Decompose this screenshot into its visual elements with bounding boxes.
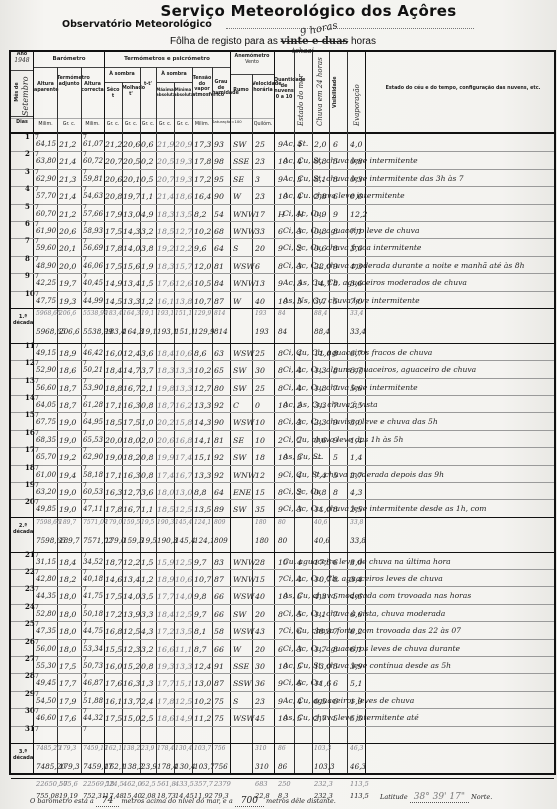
- decade-vel: 180: [255, 536, 269, 545]
- cell-alt-ap: 61,00: [36, 471, 56, 479]
- latitude-value: 38° 39' 17": [410, 792, 469, 803]
- cell-rumo: WNW: [233, 558, 256, 567]
- header-quantidade-nuvens: Quantidade de nuvens 0 a 10: [274, 78, 294, 100]
- cell-alt-ap: 64,05: [36, 401, 56, 409]
- cell-grau: 87: [214, 575, 224, 584]
- decade-max: 190,3: [157, 519, 174, 526]
- cell-estado-ceu: Ci, Ac, Cu, aguaceiros leves de chuva du…: [283, 644, 553, 653]
- header-visibilidade: Visibilidade: [333, 77, 339, 109]
- header-minima: Mínima absoluta: [174, 88, 192, 97]
- cell-dif: 1,3: [141, 679, 153, 688]
- cell-term: 18,7: [59, 401, 76, 410]
- cell-dif: 1,1: [141, 192, 153, 201]
- cell-seco: 16,0: [105, 349, 122, 358]
- cell-max: 19,9: [157, 453, 174, 462]
- cell-molh: 14,0: [123, 244, 140, 253]
- cell-rumo: WNW: [233, 227, 256, 236]
- decade-grau: 756: [214, 762, 228, 771]
- cell-molh: 15,0: [123, 714, 140, 723]
- table-header: Ano 1948 Mês de Setembro Dias Barómetro …: [11, 52, 554, 134]
- cell-molh: 14,3: [123, 227, 140, 236]
- cell-term: 18,0: [59, 592, 76, 601]
- decade-dif: 23,9: [141, 762, 157, 771]
- cell-estado-ceu: As, Cu, chuva leve intermitente até: [283, 713, 553, 722]
- cell-alt-cor: 58,18: [83, 471, 103, 479]
- cell-molh: 19,7: [123, 192, 140, 201]
- cell-max: 18,5: [157, 227, 174, 236]
- cell-alt-ap: 64,15: [36, 140, 56, 148]
- cell-rumo: WSW: [233, 714, 254, 723]
- unit-grc-2: Gr. c.: [104, 122, 122, 128]
- cell-tensao: 12,0: [194, 262, 211, 271]
- table-row: 217731,1518,434,5218,712,21,515,912,59,7…: [11, 552, 554, 569]
- cell-seco: 20,8: [105, 192, 122, 201]
- cell-vel: 20: [255, 610, 265, 619]
- cell-alt-cor: 64,95: [83, 418, 103, 426]
- cell-tensao: 13,0: [194, 679, 211, 688]
- cell-vel: 18: [255, 453, 265, 462]
- table-row: 167768,3519,065,5320,018,02,020,616,814,…: [11, 430, 554, 447]
- table-row: 67761,9020,658,9317,514,33,218,512,710,2…: [11, 221, 554, 238]
- day-number: 7: [25, 236, 30, 245]
- barometer-mid: metros acima do nível do mar, e a: [121, 797, 232, 805]
- cell-alt-cor: 59,81: [83, 175, 103, 183]
- decade-chuva: 88,4: [314, 327, 330, 336]
- cell-molh: 16,3: [123, 401, 140, 410]
- cell-max: 18,0: [157, 488, 174, 497]
- cell-seco: 16,3: [105, 488, 122, 497]
- cell-min: 17,4: [175, 453, 192, 462]
- cell-max: 18,7: [157, 401, 174, 410]
- cell-dif: 1,5: [141, 558, 153, 567]
- cell-molh: 12,3: [123, 645, 140, 654]
- cell-alt-ap: 65,70: [36, 453, 56, 461]
- ano-value: 1948: [11, 58, 33, 65]
- header-anemometro: AnemómetroVento: [230, 54, 274, 65]
- cell-alt-cor: 46,87: [83, 679, 103, 687]
- unit-quilom: Quilóm.: [252, 122, 274, 128]
- cell-term: 18,0: [59, 627, 76, 636]
- cell-seco: 17,6: [105, 679, 122, 688]
- cell-min: 14,9: [175, 714, 192, 723]
- unit-grc-4: Gr. c.: [140, 122, 156, 128]
- cell-rumo: SSE: [233, 662, 249, 671]
- cell-tensao: 17,8: [194, 157, 211, 166]
- cell-tensao: 8,6: [194, 349, 206, 358]
- cell-grau: 68: [214, 227, 224, 236]
- decade-evap: 33,8: [350, 519, 363, 526]
- cell-alt-ap: 48,90: [36, 262, 56, 270]
- cell-tensao: 13,5: [194, 505, 211, 514]
- decade-chuva: 40,6: [314, 536, 330, 545]
- cell-grau: 80: [214, 384, 224, 393]
- cell-dif: 2,5: [141, 714, 153, 723]
- cell-rumo: C: [233, 401, 239, 410]
- decade-nuv: 84: [278, 327, 287, 336]
- cell-estado-ceu: As, Ns, Cu, chuva leve intermitente: [283, 296, 553, 305]
- unit-saturacao: Saturação=100: [212, 120, 230, 124]
- cell-dif: 0,8: [141, 453, 153, 462]
- decade-evap: 46,3: [350, 762, 366, 771]
- cell-grau: 83: [214, 558, 224, 567]
- cell-dif: 1,1: [141, 505, 153, 514]
- cell-estado-ceu: Ci, Ac, Cu, Cb, aguaceiros leves de chuv…: [283, 574, 553, 583]
- decade-tensao: 129,9: [194, 310, 211, 317]
- cell-max: 21,9: [157, 140, 174, 149]
- cell-dif: 0,8: [141, 662, 153, 671]
- cell-seco: 19,0: [105, 453, 122, 462]
- table-row: 237744,3518,041,7517,514,03,517,714,09,8…: [11, 586, 554, 603]
- day-number: 15: [25, 410, 35, 419]
- decade-grau: 809: [214, 519, 225, 526]
- cell-term: 19,4: [59, 471, 76, 480]
- cell-tensao: 17,3: [194, 140, 211, 149]
- day-number: 25: [25, 619, 35, 628]
- cell-molh: 13,4: [123, 279, 140, 288]
- cell-alt-cor: 62,90: [83, 453, 103, 461]
- cell-molh: 14,7: [123, 366, 140, 375]
- cell-alt-cor: 51,88: [83, 697, 103, 705]
- decade-molh: 164,3: [123, 310, 140, 317]
- decade-vel: 310: [255, 762, 269, 771]
- table-row: 277755,3017,550,7316,015,20,819,313,312,…: [11, 656, 554, 673]
- cell-alt-cor: 60,53: [83, 488, 103, 496]
- cell-min: 12,5: [175, 558, 192, 567]
- unit-grc-5: Gr. c.: [156, 122, 174, 128]
- cell-estado-ceu: Ci, Cu, Cb, aguaceiros fracos de chuva: [283, 348, 553, 357]
- cell-alt-ap: 44,35: [36, 592, 56, 600]
- decade-nuv: 80: [278, 536, 287, 545]
- table-row: 107747,7519,344,9914,513,31,216,113,810,…: [11, 291, 554, 308]
- cell-min: 16,2: [175, 401, 192, 410]
- cell-max: 20,5: [157, 157, 174, 166]
- cell-seco: 16,1: [105, 697, 122, 706]
- cell-rumo: SSE: [233, 157, 249, 166]
- table-row: 267756,0018,053,3415,512,33,216,611,18,7…: [11, 639, 554, 656]
- cell-min: 12,6: [175, 279, 192, 288]
- cell-estado-ceu: Ci, Cu, chuva leve das 1h às 5h: [283, 435, 553, 444]
- cell-estado-ceu: Ci, Ac, Cu: [283, 678, 553, 687]
- cell-term: 19,0: [59, 488, 76, 497]
- day-number: 21: [25, 550, 35, 559]
- cell-min: 18,6: [175, 192, 192, 201]
- cell-molh: 14,0: [123, 592, 140, 601]
- cell-term: 18,0: [59, 610, 76, 619]
- cell-seco: 21,2: [105, 140, 122, 149]
- decade-nuv: 80: [278, 519, 286, 526]
- cell-min: 14,0: [175, 592, 192, 601]
- decade-dif: 19,1: [141, 327, 157, 336]
- cell-seco: 14,9: [105, 279, 122, 288]
- total-tensao: 357,7: [194, 780, 213, 788]
- cell-grau: 87: [214, 679, 224, 688]
- total-max: 561,8: [157, 780, 176, 788]
- decade-dif: 19,5: [141, 536, 157, 545]
- cell-grau: 65: [214, 366, 224, 375]
- cell-molh: 20,5: [123, 157, 140, 166]
- cell-vel: 23: [255, 192, 265, 201]
- cell-molh: 13,3: [123, 297, 140, 306]
- day-number: 16: [25, 428, 35, 437]
- day-number: 6: [25, 219, 30, 228]
- decade-label: 3.ª década: [13, 749, 33, 761]
- cell-seco: 17,5: [105, 227, 122, 236]
- total-molh: 462,0: [123, 780, 142, 788]
- cell-alt-cor: 53,90: [83, 384, 103, 392]
- cell-rumo: W: [233, 192, 241, 201]
- cell-max: 19,8: [157, 384, 174, 393]
- decade-seco: 183,4: [105, 310, 122, 317]
- cell-dif: 4,3: [141, 627, 153, 636]
- cell-vel: 23: [255, 157, 265, 166]
- cell-grau: 63: [214, 349, 224, 358]
- header-t-diff: t-t': [140, 82, 156, 88]
- table-row: 157767,7519,064,9518,517,51,020,215,814,…: [11, 412, 554, 429]
- latitude-label: Latitude: [380, 793, 408, 801]
- decade-grau: 814: [214, 327, 228, 336]
- header-termometros: Termómetros e psicrómetro: [104, 56, 230, 62]
- cell-max: 16,1: [157, 297, 174, 306]
- cell-estado-ceu: Ac, Cu, St. chuva leve intermitente: [283, 156, 553, 165]
- decade-evap: 33,4: [350, 327, 366, 336]
- cell-term: 19,0: [59, 505, 76, 514]
- cell-min: 11,1: [175, 645, 192, 654]
- day-number: 19: [25, 480, 35, 489]
- cell-seco: 17,5: [105, 262, 122, 271]
- cell-dif: 1,9: [141, 262, 153, 271]
- table-row: 3177: [11, 726, 554, 743]
- cell-tensao: 10,7: [194, 297, 211, 306]
- table-row: 147764,0518,761,2817,116,30,818,716,213,…: [11, 395, 554, 412]
- cell-alt-ap: 57,70: [36, 192, 56, 200]
- cell-vel: 0: [255, 401, 260, 410]
- cell-min: 12,5: [175, 610, 192, 619]
- cell-seco: 17,8: [105, 505, 122, 514]
- table-row: 307746,6017,644,3217,515,02,518,614,911,…: [11, 708, 554, 725]
- decade-molh: 159,5: [123, 519, 140, 526]
- day-number: 4: [25, 184, 30, 193]
- cell-estado-ceu: Ac, Cu, St, chuva leve contínua desde as…: [283, 661, 553, 670]
- unit-grc-1: Gr. c.: [57, 122, 81, 128]
- decade-grau: 756: [214, 745, 225, 752]
- mes-value: Setembro: [21, 76, 30, 116]
- cell-rumo: WNW: [233, 575, 256, 584]
- cell-grau: 54: [214, 210, 224, 219]
- title-text: Serviço Meteorológico dos Açôres: [160, 2, 456, 20]
- cell-max: 18,4: [157, 610, 174, 619]
- cell-dif: 1,2: [141, 575, 153, 584]
- cell-grau: 81: [214, 436, 224, 445]
- cell-term: 21,3: [59, 175, 76, 184]
- cell-alt-cor: 46,42: [83, 349, 103, 357]
- table-row: 57760,7021,257,6617,913,04,918,313,58,25…: [11, 204, 554, 221]
- cell-grau: 92: [214, 471, 224, 480]
- cell-min: 12,7: [175, 227, 192, 236]
- cell-grau: 87: [214, 297, 224, 306]
- cell-tensao: 10,7: [194, 575, 211, 584]
- day-number: 17: [25, 445, 35, 454]
- cell-tensao: 12,7: [194, 384, 211, 393]
- cell-molh: 15,2: [123, 662, 140, 671]
- cell-vel: 10: [255, 436, 265, 445]
- cell-vel: 25: [255, 140, 265, 149]
- sheet-label-line: Fôlha de registo para as vinte e duas ho…: [170, 36, 376, 47]
- cell-estado-ceu: Ci, Ac, Cu, aguaceiro leve de chuva: [283, 226, 553, 235]
- cell-rumo: WNW: [233, 471, 256, 480]
- cell-max: 18,3: [157, 262, 174, 271]
- total-dif: 62,5: [141, 780, 156, 788]
- sheet-hour-printed: vinte e duas: [281, 36, 349, 47]
- cell-min: 13,0: [175, 488, 192, 497]
- cell-dif: 0,5: [141, 175, 153, 184]
- cell-alt-ap: 49,15: [36, 349, 56, 357]
- header-molhado: Molhadot': [122, 86, 140, 97]
- day-number: 5: [25, 202, 30, 211]
- cell-rumo: SW: [233, 384, 246, 393]
- cell-vel: 45: [255, 714, 265, 723]
- cell-tensao: 12,4: [194, 662, 211, 671]
- cell-alt-ap: 63,80: [36, 157, 56, 165]
- cell-molh: 18,0: [123, 436, 140, 445]
- cell-vel: 20: [255, 645, 265, 654]
- total-grau: 2379: [214, 780, 231, 788]
- cell-vel: 35: [255, 505, 265, 514]
- cell-seco: 17,1: [105, 401, 122, 410]
- cell-vel: 12: [255, 471, 265, 480]
- cell-molh: 13,9: [123, 610, 140, 619]
- cell-rumo: WSW: [233, 592, 254, 601]
- header-dias: Dias: [11, 120, 33, 126]
- cell-dif: 0,8: [141, 401, 153, 410]
- cell-vel: 10: [255, 418, 265, 427]
- cell-tensao: 13,3: [194, 401, 211, 410]
- cell-rumo: WSW: [233, 349, 254, 358]
- cell-min: 12,2: [175, 244, 192, 253]
- cell-grau: 75: [214, 714, 224, 723]
- cell-grau: 64: [214, 488, 224, 497]
- cell-alt-cor: 44,99: [83, 297, 103, 305]
- cell-molh: 12,2: [123, 558, 140, 567]
- decade-term: 189,7: [59, 536, 80, 545]
- cell-estado-ceu: Cu, aguaceiro leve de chuva na última ho…: [283, 557, 553, 566]
- table-row: 137756,6018,753,9018,816,72,119,813,312,…: [11, 378, 554, 395]
- cell-rumo: S: [233, 244, 238, 253]
- cell-alt-cor: 40,18: [83, 575, 103, 583]
- cell-alt-cor: 44,32: [83, 714, 103, 722]
- cell-rumo: SW: [233, 505, 246, 514]
- mes-label: Mês de: [15, 82, 20, 101]
- cell-term: 19,0: [59, 418, 76, 427]
- cell-dif: 2,0: [141, 436, 153, 445]
- cell-alt-cor: 53,34: [83, 645, 103, 653]
- cell-min: 15,7: [175, 262, 192, 271]
- cell-estado-ceu: Ci, Ac, Cu, chuva leve intermitente: [283, 383, 553, 392]
- cell-alt-cor: 47,11: [83, 505, 103, 513]
- day-number: 20: [25, 497, 35, 506]
- cell-grau: 92: [214, 401, 224, 410]
- day-number: 3: [25, 167, 30, 176]
- day-number: 11: [25, 341, 35, 350]
- footer-latitude: Latitude 38° 39' 17" Norte.: [380, 792, 492, 802]
- cell-tensao: 10,2: [194, 366, 211, 375]
- day-number: 22: [25, 567, 35, 576]
- cell-alt-cor: 61,28: [83, 401, 103, 409]
- cell-alt-cor: 57,66: [83, 210, 103, 218]
- cell-dif: 3,8: [141, 244, 153, 253]
- table-row: 227742,8018,240,1814,613,41,218,910,610,…: [11, 569, 554, 586]
- cell-molh: 20,1: [123, 175, 140, 184]
- cell-vel: 30: [255, 366, 265, 375]
- table-row: 187761,0019,458,1817,116,30,817,416,713,…: [11, 465, 554, 482]
- cell-vel: 33: [255, 227, 265, 236]
- cell-tensao: 10,2: [194, 227, 211, 236]
- table-row: 127752,9018,650,2118,414,73,718,313,310,…: [11, 360, 554, 377]
- decade-min: 151,1: [175, 327, 196, 336]
- decade-min: 130,4: [175, 745, 192, 752]
- cell-dif: 2,4: [141, 697, 153, 706]
- cell-tensao: 8,1: [194, 627, 206, 636]
- cell-alt-ap: 46,60: [36, 714, 56, 722]
- cell-seco: 20,0: [105, 436, 122, 445]
- cell-max: 21,4: [157, 192, 174, 201]
- cell-dif: 3,6: [141, 488, 153, 497]
- header-grau-humidade: Grau de humidade: [212, 80, 230, 97]
- cell-seco: 20,6: [105, 175, 122, 184]
- cell-term: 17,9: [59, 697, 76, 706]
- total-vel: 683: [255, 780, 268, 788]
- cell-vel: 13: [255, 279, 265, 288]
- cell-seco: 18,8: [105, 384, 122, 393]
- header-altura-aparente: Altura aparente: [34, 82, 57, 93]
- cell-max: 16,6: [157, 645, 174, 654]
- cell-dif: 3,6: [141, 349, 153, 358]
- decade-vel: 193: [255, 310, 266, 317]
- decade-min: 145,4: [175, 519, 192, 526]
- cell-dif: 1,5: [141, 279, 153, 288]
- cell-max: 18,3: [157, 210, 174, 219]
- cell-alt-cor: 65,53: [83, 436, 103, 444]
- cell-max: 19,3: [157, 662, 174, 671]
- cell-max: 17,2: [157, 627, 174, 636]
- cell-rumo: WSW: [233, 627, 254, 636]
- cell-dif: 3,5: [141, 592, 153, 601]
- decade-seco: 179,0: [105, 519, 122, 526]
- register-table: Ano 1948 Mês de Setembro Dias Barómetro …: [9, 50, 556, 775]
- molhado-sym: t': [122, 92, 140, 98]
- decade-nuv: 84: [278, 310, 286, 317]
- day-number: 2: [25, 149, 30, 158]
- cell-alt-ap: 49,85: [36, 505, 56, 513]
- cell-min: 13,5: [175, 210, 192, 219]
- day-number: 24: [25, 602, 35, 611]
- cell-estado-ceu: Ci, Ac, Cu, alguns aguaceiros, aguaceiro…: [283, 365, 553, 374]
- cell-term: 20,0: [59, 262, 76, 271]
- cell-term: 19,7: [59, 279, 76, 288]
- cell-vel: 23: [255, 697, 265, 706]
- cell-min: 12,5: [175, 697, 192, 706]
- cell-term: 21,4: [59, 157, 76, 166]
- cell-alt-ap: 61,90: [36, 227, 56, 235]
- cell-alt-cor: 61,07: [83, 140, 103, 148]
- total-evap: 113,5: [350, 780, 369, 788]
- cell-term: 17,7: [59, 679, 76, 688]
- cell-alt-ap: 42,25: [36, 279, 56, 287]
- observatory-label: Observatório Meteorológico: [62, 19, 212, 30]
- cell-grau: 81: [214, 262, 224, 271]
- cell-grau: 90: [214, 418, 224, 427]
- cell-tensao: 17,2: [194, 175, 211, 184]
- unit-grc-3: Gr. c.: [122, 122, 140, 128]
